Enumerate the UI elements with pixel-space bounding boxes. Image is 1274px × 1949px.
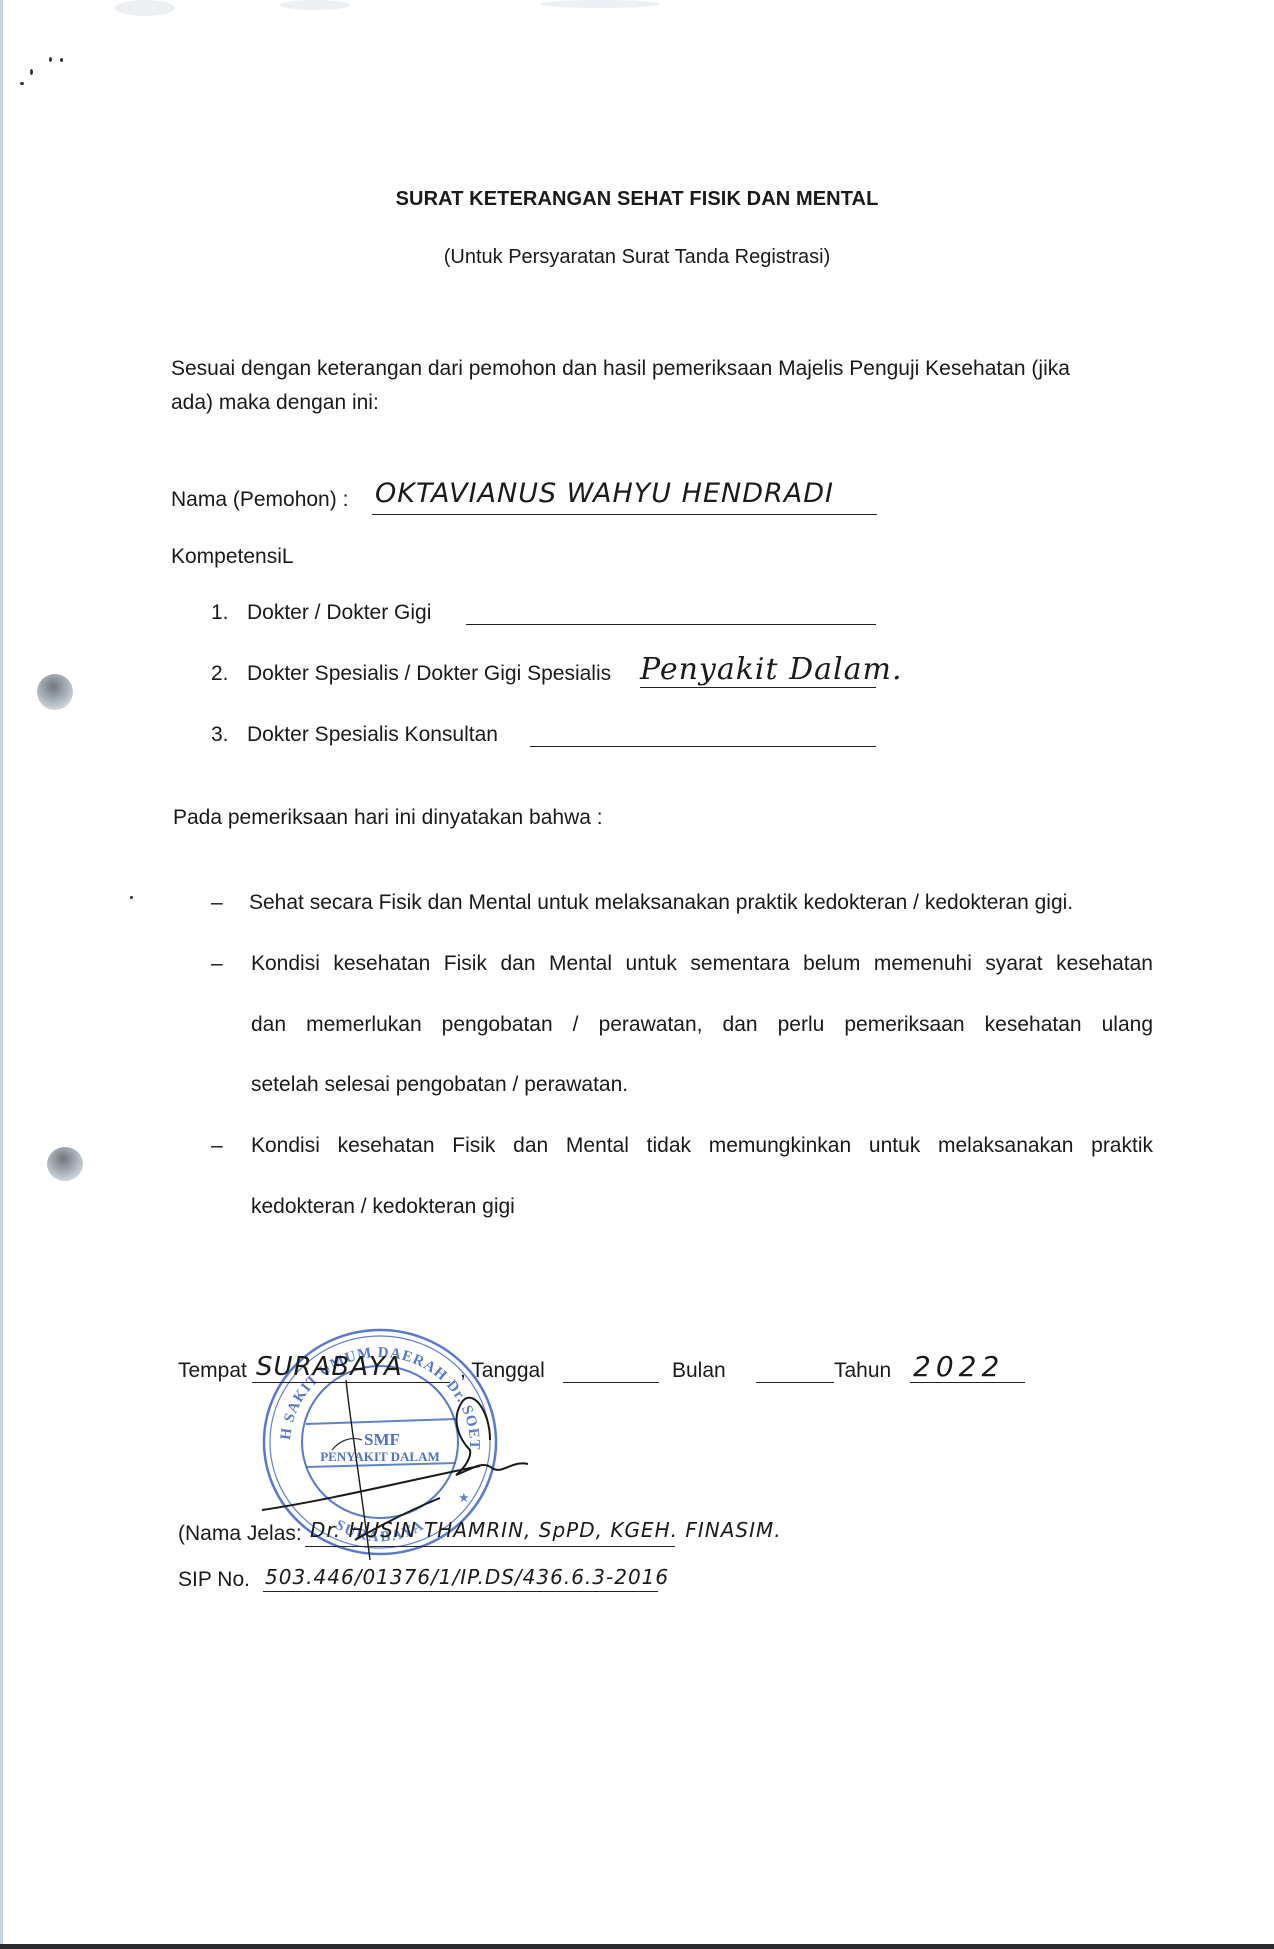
year-handwritten: 2022 xyxy=(913,1350,1004,1383)
document-title: SURAT KETERANGAN SEHAT FISIK DAN MENTAL xyxy=(0,188,1274,211)
competence-item-1-label: Dokter / Dokter Gigi xyxy=(247,601,431,625)
sip-label: SIP No. xyxy=(178,1568,250,1592)
scan-speck xyxy=(130,896,133,899)
sip-underline xyxy=(263,1591,658,1592)
scan-smudge xyxy=(540,0,660,8)
statement-1-line-1: Sehat secara Fisik dan Mental untuk mela… xyxy=(249,891,1073,915)
statement-2-line-3: setelah selesai pengobatan / perawatan. xyxy=(251,1073,628,1097)
competence-item-1-blank xyxy=(466,624,876,625)
signatory-name-handwritten: Dr. HUSIN THAMRIN, SpPD, KGEH. FINASIM. xyxy=(310,1518,782,1542)
scan-smudge xyxy=(115,0,175,16)
scan-smudge xyxy=(280,0,350,10)
sip-number-handwritten: 503.446/01376/1/IP.DS/436.6.3-2016 xyxy=(265,1565,669,1589)
competence-item-3-blank xyxy=(530,746,876,747)
scan-speck xyxy=(20,82,24,85)
scan-speck xyxy=(49,57,52,62)
signatory-name-label: (Nama Jelas: xyxy=(178,1522,302,1546)
competence-item-2-label: Dokter Spesialis / Dokter Gigi Spesialis xyxy=(247,662,611,686)
applicant-name-handwritten: OKTAVIANUS WAHYU HENDRADI xyxy=(375,478,834,509)
competence-item-2-number: 2. xyxy=(211,662,229,686)
statement-2-line-2: dan memerlukan pengobatan / perawatan, d… xyxy=(251,1013,1153,1037)
statement-2-bullet: – xyxy=(211,952,223,976)
applicant-underline xyxy=(372,514,877,515)
exam-intro: Pada pemeriksaan hari ini dinyatakan bah… xyxy=(173,806,603,830)
scan-speck xyxy=(30,69,33,75)
punch-hole xyxy=(37,674,73,710)
competence-item-2-underline xyxy=(640,687,876,688)
intro-line-1: Sesuai dengan keterangan dari pemohon da… xyxy=(171,357,1070,381)
statement-3-line-2: kedokteran / kedokteran gigi xyxy=(251,1195,515,1219)
statement-3-line-1: Kondisi kesehatan Fisik dan Mental tidak… xyxy=(251,1134,1153,1158)
scan-edge-left xyxy=(0,0,3,1949)
competence-item-1-number: 1. xyxy=(211,601,229,625)
competence-item-2-handwritten: Penyakit Dalam. xyxy=(640,652,903,687)
date-blank xyxy=(563,1382,659,1383)
competence-label: KompetensiL xyxy=(171,545,294,569)
month-label: Bulan xyxy=(672,1359,726,1383)
scan-edge-bottom xyxy=(0,1944,1274,1949)
intro-line-2: ada) maka dengan ini: xyxy=(171,391,379,415)
scan-speck xyxy=(60,58,63,62)
document-subtitle: (Untuk Persyaratan Surat Tanda Registras… xyxy=(0,246,1274,269)
statement-1-bullet: – xyxy=(211,891,223,915)
month-blank xyxy=(756,1382,834,1383)
place-label: Tempat xyxy=(178,1359,247,1383)
signature xyxy=(250,1380,540,1530)
year-label: Tahun xyxy=(834,1359,891,1383)
statement-3-bullet: – xyxy=(211,1134,223,1158)
applicant-label: Nama (Pemohon) : xyxy=(171,488,348,512)
competence-item-3-number: 3. xyxy=(211,723,229,747)
statement-2-line-1: Kondisi kesehatan Fisik dan Mental untuk… xyxy=(251,952,1153,976)
punch-hole xyxy=(47,1147,83,1181)
place-handwritten: SURABAYA xyxy=(256,1352,403,1382)
signatory-name-underline xyxy=(305,1546,675,1547)
competence-item-3-label: Dokter Spesialis Konsultan xyxy=(247,723,498,747)
